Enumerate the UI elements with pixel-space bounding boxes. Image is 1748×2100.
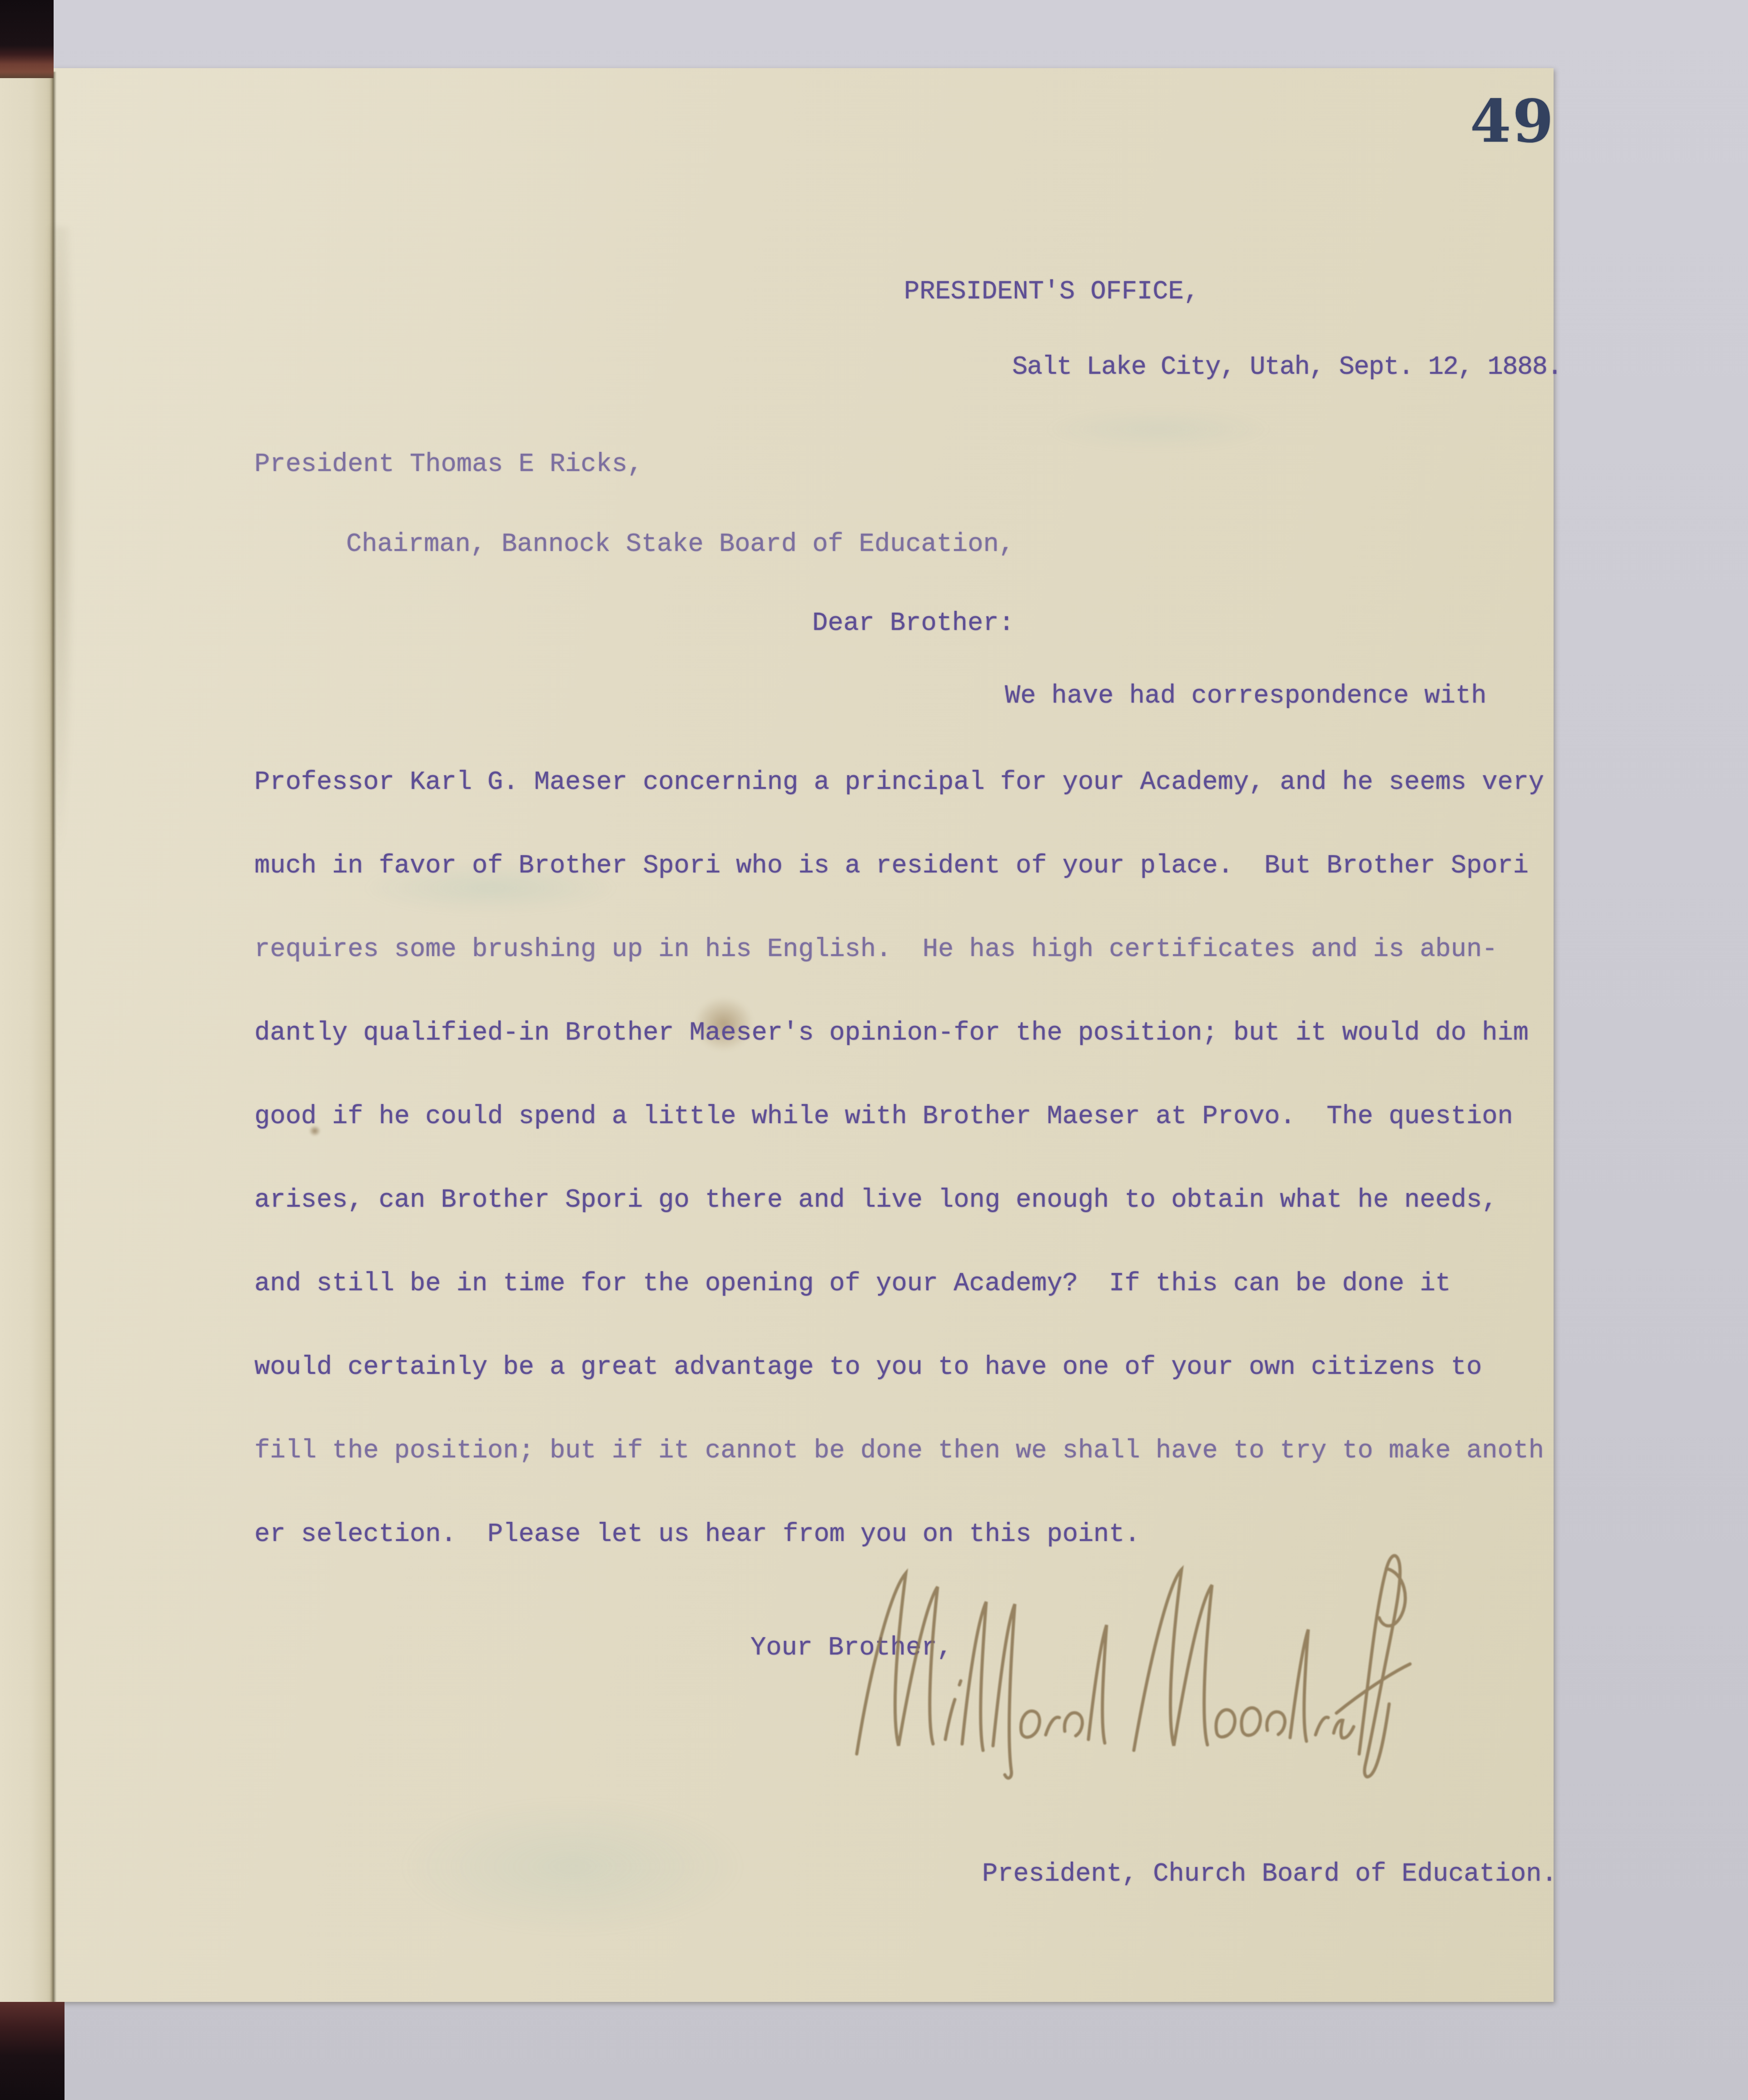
body-line: Professor Karl G. Maeser concerning a pr… — [254, 768, 1544, 797]
dateline: Salt Lake City, Utah, Sept. 12, 1888. — [1012, 353, 1562, 382]
body-line: arises, can Brother Spori go there and l… — [254, 1186, 1497, 1215]
scanned-letter-background: 49 PRESIDENT'S OFFICE, Salt Lake City, U… — [0, 0, 1748, 2100]
opening-line: We have had correspondence with — [1005, 682, 1486, 711]
book-cover-bottom-left — [0, 2002, 65, 2100]
office-heading: PRESIDENT'S OFFICE, — [904, 278, 1199, 307]
ghost-offset-mark — [400, 1798, 745, 1935]
handwritten-signature — [843, 1540, 1415, 1786]
book-cover-top-left — [0, 0, 54, 78]
body-line: would certainly be a great advantage to … — [254, 1353, 1482, 1382]
ghost-offset-mark — [1045, 409, 1272, 450]
recipient-title-line: Chairman, Bannock Stake Board of Educati… — [346, 530, 1014, 559]
body-line: requires some brushing up in his English… — [254, 936, 1497, 964]
signature-title: President, Church Board of Education. — [982, 1860, 1557, 1889]
salutation: Dear Brother: — [812, 609, 1014, 638]
body-line: and still be in time for the opening of … — [254, 1270, 1451, 1298]
page-wrinkle-shading — [44, 227, 75, 863]
body-line: good if he could spend a little while wi… — [254, 1103, 1513, 1131]
body-line: dantly qualified-in Brother Maeser's opi… — [254, 1019, 1529, 1048]
recipient-name-line: President Thomas E Ricks, — [254, 451, 643, 479]
body-line: fill the position; but if it cannot be d… — [254, 1437, 1544, 1466]
page-number: 49 — [1470, 86, 1555, 156]
body-line: much in favor of Brother Spori who is a … — [254, 852, 1529, 881]
